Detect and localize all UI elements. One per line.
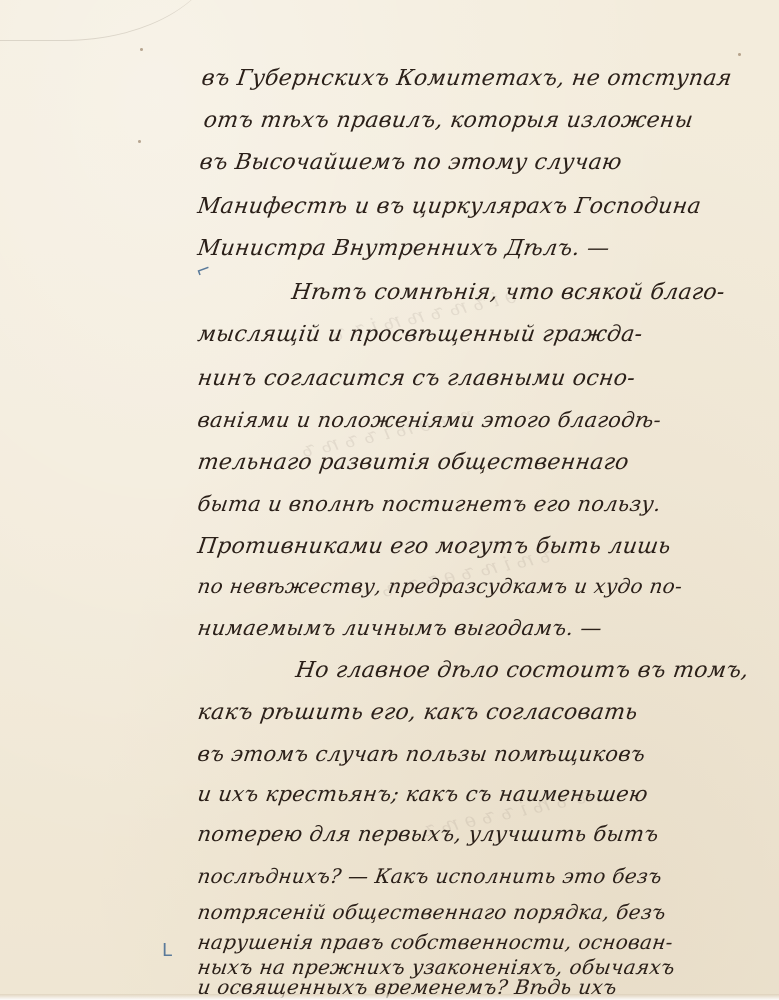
manuscript-line: какъ рѣшить его, какъ согласовать xyxy=(196,700,639,725)
manuscript-line: Но главное дѣло состоитъ въ томъ, xyxy=(294,658,750,683)
manuscript-line: потерею для первыхъ, улучшить бытъ xyxy=(196,822,660,846)
paper-bottom-edge xyxy=(0,994,779,1000)
manuscript-line: и ихъ крестьянъ; какъ съ наименьшею xyxy=(196,782,650,806)
paper-fold-curve xyxy=(0,0,220,41)
margin-pencil-mark: L xyxy=(162,940,172,961)
manuscript-line: ваніями и положеніями этого благодѣ- xyxy=(196,408,663,432)
manuscript-line: Нѣтъ сомнѣнія, что всякой благо- xyxy=(290,280,726,305)
paper-speck xyxy=(138,140,141,143)
manuscript-line: отъ тѣхъ правилъ, которыя изложены xyxy=(202,108,695,133)
manuscript-line: Противниками его могутъ быть лишь xyxy=(196,534,673,559)
manuscript-line: мыслящій и просвѣщенный гражда- xyxy=(196,322,644,347)
margin-pencil-mark: ⌐ xyxy=(193,258,214,283)
manuscript-line: быта и вполнѣ постигнетъ его пользу. xyxy=(196,492,663,516)
manuscript-line: послѣднихъ? — Какъ исполнить это безъ xyxy=(196,864,664,888)
manuscript-line: нарушенія правъ собственности, основан- xyxy=(196,930,675,954)
paper-speck xyxy=(738,53,741,56)
manuscript-page: ѣ ѳ і ъ ѣ ъ ѣ ѣ і ъ ъ ѣ ъ ѳ ѣ і ъ ъ ѣ ъ … xyxy=(0,0,779,1000)
manuscript-line: тельнаго развитія общественнаго xyxy=(196,450,630,475)
manuscript-line: въ Губернскихъ Комитетахъ, не отступая xyxy=(200,66,733,91)
manuscript-line: потрясеній общественнаго порядка, безъ xyxy=(196,900,668,924)
manuscript-line: Министра Внутреннихъ Дѣлъ. — xyxy=(196,236,611,261)
manuscript-line: нимаемымъ личнымъ выгодамъ. — xyxy=(196,616,604,640)
manuscript-line: нинъ согласится съ главными осно- xyxy=(196,366,637,391)
manuscript-line: по невѣжеству, предразсудкамъ и худо по- xyxy=(196,574,684,598)
manuscript-line: въ Высочайшемъ по этому случаю xyxy=(198,150,623,175)
paper-speck xyxy=(140,48,143,51)
manuscript-line: въ этомъ случаѣ пользы помѣщиковъ xyxy=(196,742,647,766)
manuscript-line: Манифестѣ и въ циркулярахъ Господина xyxy=(196,194,703,219)
